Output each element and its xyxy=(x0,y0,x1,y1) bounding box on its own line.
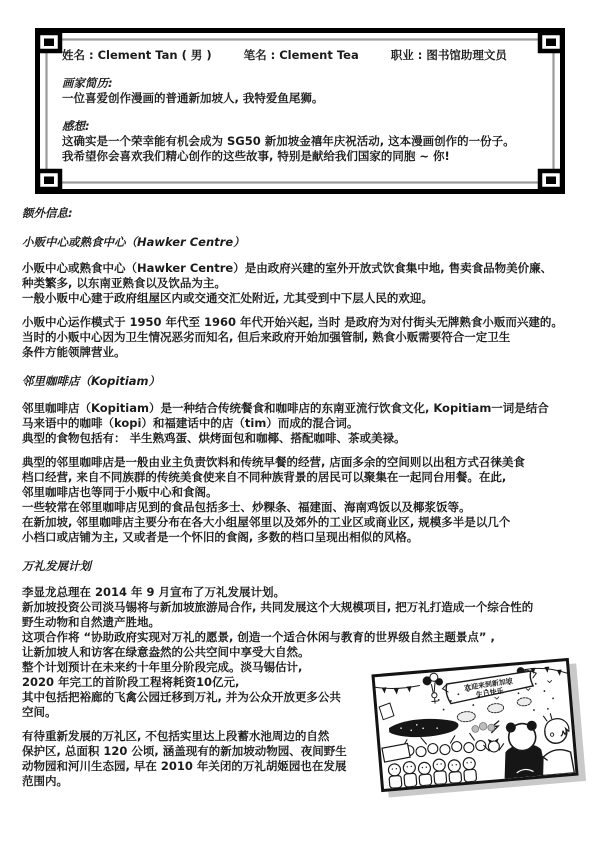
artist-fields: 姓名 : Clement Tan ( 男 )笔名 : Clement Tea职业… xyxy=(62,48,545,63)
panda-icon xyxy=(500,720,546,779)
bio-heading: 画家简历: xyxy=(62,76,545,91)
text-line: 马来语中的咖啡（kopi）和福建话中的店（tim）而成的混合词。 xyxy=(22,416,588,431)
text-line: 在新加坡, 邻里咖啡店主要分布在各大小组屋邻里以及郊外的工业区或商业区, 规模多… xyxy=(22,515,588,530)
dark-foliage-icon xyxy=(388,716,459,740)
thoughts-heading: 感想: xyxy=(62,119,545,134)
field-label: 职业 : xyxy=(391,48,427,62)
text-line: 新加坡投资公司淡马锡将与新加坡旅游局合作, 共同发展这个大规模项目, 把万礼打造… xyxy=(22,600,588,615)
crowd-front-row xyxy=(388,756,477,788)
field-value: 图书馆助理文员 xyxy=(426,48,507,62)
artist-field: 职业 : 图书馆助理文员 xyxy=(391,48,507,63)
girl-icon xyxy=(536,712,574,776)
section-title: 小贩中心或熟食中心（Hawker Centre） xyxy=(22,235,588,250)
artist-field: 姓名 : Clement Tan ( 男 ) xyxy=(62,48,212,63)
text-line: 邻里咖啡店也等同于小贩中心和食阁。 xyxy=(22,485,588,500)
section-title: 邻里咖啡店（Kopitiam） xyxy=(22,374,588,389)
extra-info-heading: 额外信息: xyxy=(22,206,588,221)
text-line: 野生动物和自然遗产胜地。 xyxy=(22,615,588,630)
text-line: 小档口或店铺为主, 又或者是一个怀旧的食阁, 多数的档口呈现出相似的风格。 xyxy=(22,530,588,545)
paragraph: 小贩中心运作模式于 1950 年代至 1960 年代开始兴起, 当时 是政府为对… xyxy=(22,315,588,360)
paragraph: 邻里咖啡店（Kopitiam）是一种结合传统餐食和咖啡店的东南亚流行饮食文化, … xyxy=(22,401,588,446)
artist-profile-box: 姓名 : Clement Tan ( 男 )笔名 : Clement Tea职业… xyxy=(35,28,565,194)
gray-balloons-icon xyxy=(471,722,494,733)
text-line: 种类繁多, 以东南亚熟食以及饮品为主。 xyxy=(22,276,588,291)
text-line: 档口经营, 来自不同族群的传统美食使来自不同种族背景的居民可以聚集在一起同台用餐… xyxy=(22,470,588,485)
page: 姓名 : Clement Tan ( 男 )笔名 : Clement Tea职业… xyxy=(0,0,600,849)
text-line: 这确实是一个荣幸能有机会成为 SG50 新加坡金禧年庆祝活动, 这本漫画创作的一… xyxy=(62,134,545,149)
profile-content: 姓名 : Clement Tan ( 男 )笔名 : Clement Tea职业… xyxy=(62,48,545,164)
text-line: 当时的小贩中心因为卫生情况恶劣而知名, 但后来政府开始加强管制, 熟食小贩需要符… xyxy=(22,330,588,345)
text-line: 小贩中心运作模式于 1950 年代至 1960 年代开始兴起, 当时 是政府为对… xyxy=(22,315,588,330)
field-value: Clement Tea xyxy=(279,48,359,62)
bushes-icon xyxy=(456,697,532,722)
text-line: 典型的食物包括有： 半生熟鸡蛋、烘烤面包和咖椰、搭配咖啡、茶或美禄。 xyxy=(22,431,588,446)
text-line: 我希望你会喜欢我们精心创作的这些故事, 特别是献给我们国家的同胞 ~ 你! xyxy=(62,149,545,164)
text-line: 这项合作将 “协助政府实现对万礼的愿景, 创造一个适合休闲与教育的世界级自然主题… xyxy=(22,630,588,645)
text-line: 邻里咖啡店（Kopitiam）是一种结合传统餐食和咖啡店的东南亚流行饮食文化, … xyxy=(22,401,588,416)
paragraph: 小贩中心或熟食中心（Hawker Centre）是由政府兴建的室外开放式饮食集中… xyxy=(22,261,588,306)
field-label: 姓名 : xyxy=(62,48,98,62)
text-line: 李显龙总理在 2014 年 9 月宣布了万礼发展计划。 xyxy=(22,585,588,600)
info-section: 邻里咖啡店（Kopitiam）邻里咖啡店（Kopitiam）是一种结合传统餐食和… xyxy=(22,374,588,545)
crowd-sign-icon xyxy=(382,743,410,762)
cat-ear-figure-icon xyxy=(483,738,504,753)
text-line: 一般小贩中心建于政府组屋区内或交通交汇处附近, 尤其受到中下层人民的欢迎。 xyxy=(22,291,588,306)
tree-icon xyxy=(379,703,394,720)
text-line: 一些较常在邻里咖啡店见到的食品包括多士、炒粿条、福建面、海南鸡饭以及椰浆饭等。 xyxy=(22,500,588,515)
text-line: 典型的邻里咖啡店是一般由业主负责饮料和传统早餐的经营, 店面多余的空间则以出租方… xyxy=(22,455,588,470)
comic-panel-illustration: 欢迎来到新加坡 生日快乐 xyxy=(371,658,578,792)
text-line: 小贩中心或熟食中心（Hawker Centre）是由政府兴建的室外开放式饮食集中… xyxy=(22,261,588,276)
info-section: 小贩中心或熟食中心（Hawker Centre）小贩中心或熟食中心（Hawker… xyxy=(22,235,588,361)
section-title: 万礼发展计划 xyxy=(22,559,588,574)
text-line: 让新加坡人和访客在绿意盎然的公共空间中享受大自然。 xyxy=(22,645,588,660)
field-value: Clement Tan ( 男 ) xyxy=(98,48,212,62)
bio-lines: 一位喜爱创作漫画的普通新加坡人, 我特爱鱼尾狮。 xyxy=(62,91,545,106)
paragraph: 典型的邻里咖啡店是一般由业主负责饮料和传统早餐的经营, 店面多余的空间则以出租方… xyxy=(22,455,588,545)
text-line: 条件方能领牌营业。 xyxy=(22,345,588,360)
text-line: 一位喜爱创作漫画的普通新加坡人, 我特爱鱼尾狮。 xyxy=(62,91,545,106)
thoughts-lines: 这确实是一个荣幸能有机会成为 SG50 新加坡金禧年庆祝活动, 这本漫画创作的一… xyxy=(62,134,545,164)
field-label: 笔名 : xyxy=(244,48,280,62)
artist-field: 笔名 : Clement Tea xyxy=(244,48,359,63)
